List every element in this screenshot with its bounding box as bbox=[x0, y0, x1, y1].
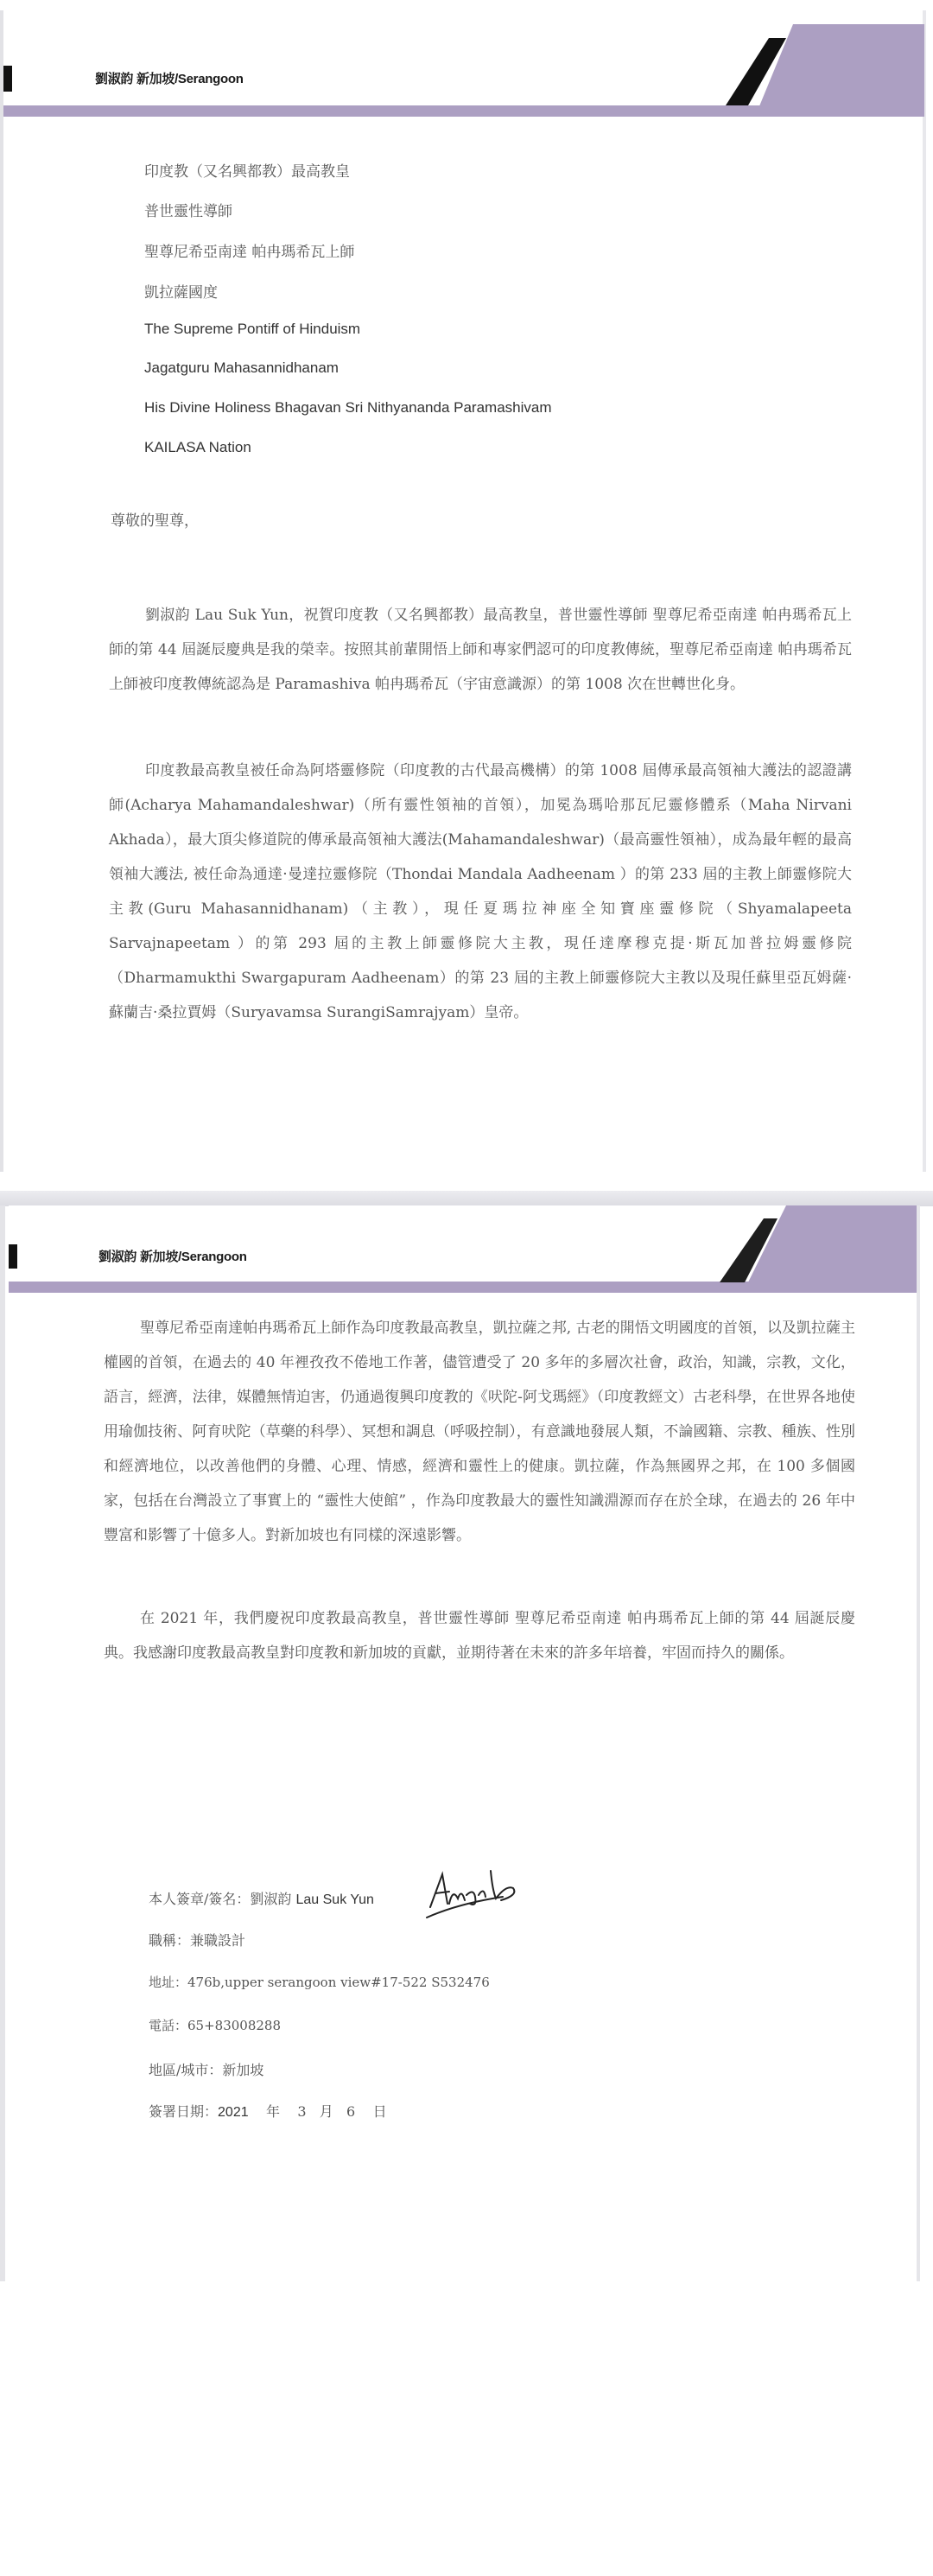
addressee-line: KAILASA Nation bbox=[144, 439, 251, 456]
page-gap bbox=[0, 1191, 933, 1206]
letterhead: 劉淑韵 新加坡/Serangoon bbox=[3, 10, 923, 118]
date-line: 簽署日期：2021 年 3 月 6 日 bbox=[149, 2101, 387, 2121]
date-year: 2021 bbox=[218, 2105, 249, 2120]
body-paragraph: 劉淑韵 Lau Suk Yun，祝賀印度教（又名興都教）最高教皇，普世靈性導師 … bbox=[109, 598, 852, 702]
addressee-line: The Supreme Pontiff of Hinduism bbox=[144, 321, 360, 338]
signature-name-en: Lau Suk Yun bbox=[295, 1892, 373, 1907]
addressee-line: 凱拉薩國度 bbox=[144, 280, 218, 302]
region-line: 地區/城市：新加坡 bbox=[149, 2059, 263, 2079]
addressee-line: 印度教（又名興都教）最高教皇 bbox=[144, 159, 350, 181]
black-tab-mark bbox=[3, 66, 12, 92]
black-tab-mark bbox=[9, 1244, 17, 1269]
letter-page-1: 劉淑韵 新加坡/Serangoon 印度教（又名興都教）最高教皇 普世靈性導師 … bbox=[0, 10, 926, 1172]
phone-line: 電話：65+83008288 bbox=[149, 2016, 281, 2034]
date-day-unit: 日 bbox=[373, 2103, 387, 2120]
address-line: 地址：476b,upper serangoon view#17-522 S532… bbox=[149, 1973, 490, 1991]
letterhead-graphic bbox=[3, 10, 926, 118]
date-day: 6 bbox=[346, 2103, 355, 2120]
addressee-line: 普世靈性導師 bbox=[144, 199, 232, 220]
addressee-line: 聖尊尼希亞南達 帕冉瑪希瓦上師 bbox=[144, 239, 354, 261]
body-paragraph: 聖尊尼希亞南達帕冉瑪希瓦上師作為印度教最高教皇，凱拉薩之邦, 古老的開悟文明國度… bbox=[104, 1311, 855, 1553]
date-year-unit: 年 bbox=[266, 2103, 280, 2120]
letter-page-2: 劉淑韵 新加坡/Serangoon 聖尊尼希亞南達帕冉瑪希瓦上師作為印度教最高教… bbox=[9, 1205, 920, 2281]
salutation: 尊敬的聖尊， bbox=[111, 508, 199, 530]
letterhead-title: 劉淑韵 新加坡/Serangoon bbox=[98, 1247, 247, 1265]
letterhead: 劉淑韵 新加坡/Serangoon bbox=[9, 1205, 917, 1313]
job-title-line: 職稱：兼職設計 bbox=[149, 1930, 245, 1949]
body-paragraph: 在 2021 年，我們慶祝印度教最高教皇，普世靈性導師 聖尊尼希亞南達 帕冉瑪希… bbox=[104, 1601, 855, 1670]
signature-label: 本人簽章/簽名：劉淑韵 bbox=[149, 1891, 295, 1907]
signature-line: 本人簽章/簽名：劉淑韵 Lau Suk Yun bbox=[149, 1888, 374, 1908]
addressee-line: Jagatguru Mahasannidhanam bbox=[144, 359, 339, 377]
addressee-line: His Divine Holiness Bhagavan Sri Nithyan… bbox=[144, 399, 552, 417]
handwritten-signature-icon bbox=[423, 1869, 527, 1921]
date-label: 簽署日期： bbox=[149, 2103, 218, 2120]
body-paragraph: 印度教最高教皇被任命為阿塔靈修院（印度教的古代最高機構）的第 1008 屆傳承最… bbox=[109, 754, 852, 1030]
date-month: 3 bbox=[297, 2103, 306, 2120]
letterhead-title: 劉淑韵 新加坡/Serangoon bbox=[95, 69, 244, 87]
date-month-unit: 月 bbox=[320, 2103, 333, 2120]
